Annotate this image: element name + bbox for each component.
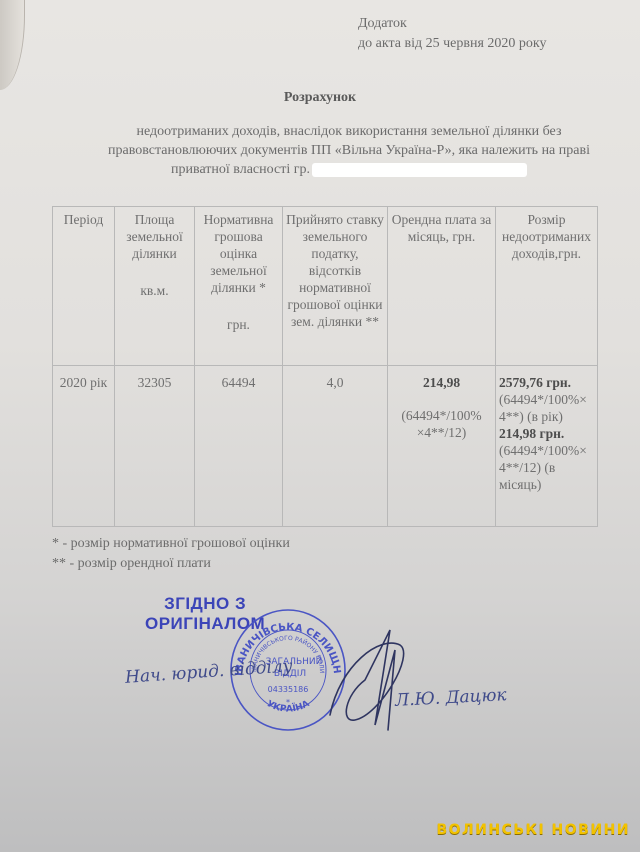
cell-period: 2020 рік <box>53 366 115 527</box>
header-area: Площа земельної ділянкикв.м. <box>115 207 195 366</box>
rent-value: 214,98 <box>423 375 460 390</box>
loss-year-value: 2579,76 грн. <box>499 374 594 391</box>
annex-line-2: до акта від 25 червня 2020 року <box>358 34 546 54</box>
table-header-row: Період Площа земельної ділянкикв.м. Норм… <box>53 207 598 366</box>
redacted-name <box>312 163 527 177</box>
subtitle-line-2: правовстановлюючих документів ПП «Вільна… <box>84 141 614 160</box>
annex-line-1: Додаток <box>358 14 546 34</box>
signature-scribble-icon <box>320 625 420 735</box>
header-tax-rate: Прийнято ставку земельного податку, відс… <box>283 207 388 366</box>
table-row: 2020 рік 32305 64494 4,0 214,98 (64494*/… <box>53 366 598 527</box>
header-period: Період <box>53 207 115 366</box>
footnotes: * - розмір нормативної грошової оцінки *… <box>52 534 290 574</box>
adjacent-page-edge <box>0 0 25 90</box>
loss-month-formula: (64494*/100%× 4**/12) (в місяць) <box>499 442 594 493</box>
calculation-table: Період Площа земельної ділянкикв.м. Норм… <box>52 206 598 527</box>
cell-area: 32305 <box>115 366 195 527</box>
footnote-2: ** - розмір орендної плати <box>52 554 290 574</box>
loss-year-formula: (64494*/100%× 4**) (в рік) <box>499 391 594 425</box>
watermark-logo: ВОЛИНСЬКІ НОВИНИ <box>436 822 630 838</box>
document-subtitle: недоотриманих доходів, внаслідок викорис… <box>84 122 614 179</box>
annex-header: Додаток до акта від 25 червня 2020 року <box>358 14 546 54</box>
cell-normative-value: 64494 <box>195 366 283 527</box>
footnote-1: * - розмір нормативної грошової оцінки <box>52 534 290 554</box>
cell-tax-rate: 4,0 <box>283 366 388 527</box>
subtitle-line-1: недоотриманих доходів, внаслідок викорис… <box>84 122 614 141</box>
header-lost-income: Розмір недоотриманих доходів,грн. <box>496 207 598 366</box>
header-rent: Орендна плата за місяць, грн. <box>388 207 496 366</box>
svg-text:04335186: 04335186 <box>268 685 309 694</box>
loss-month-value: 214,98 грн. <box>499 425 594 442</box>
cell-lost-income: 2579,76 грн. (64494*/100%× 4**) (в рік) … <box>496 366 598 527</box>
cell-rent: 214,98 (64494*/100% ×4**/12) <box>388 366 496 527</box>
document-title: Розрахунок <box>0 90 640 106</box>
header-normative-value: Нормативна грошова оцінка земельної діля… <box>195 207 283 366</box>
subtitle-line-3: приватної власності гр. <box>84 160 614 179</box>
rent-formula: (64494*/100% ×4**/12) <box>391 407 492 441</box>
